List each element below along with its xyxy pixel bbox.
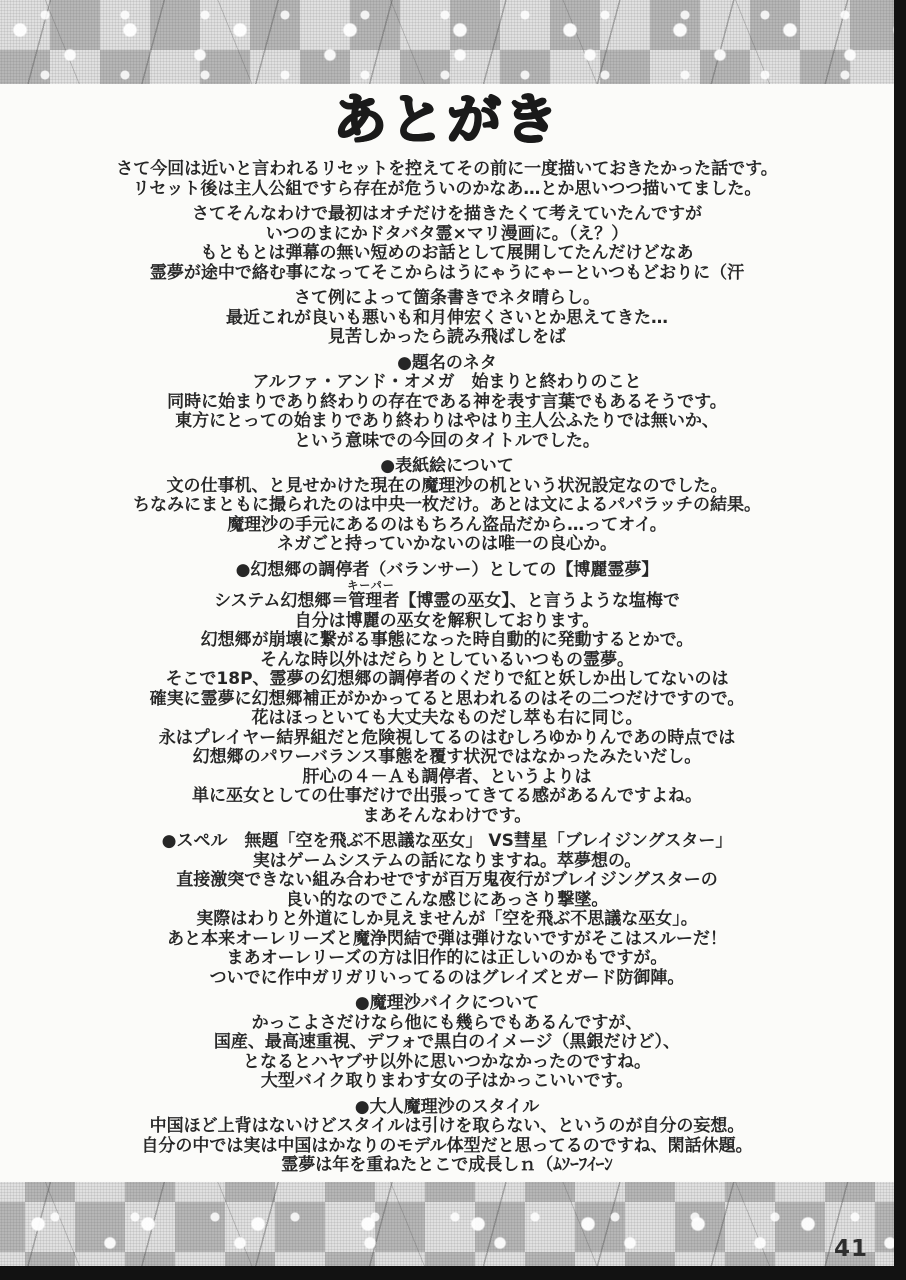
text-line: いつのまにかドタバタ霊×マリ漫画に。（え？） xyxy=(0,225,894,245)
text-line: 同時に始まりであり終わりの存在である神を表す言葉でもあるそうです。 xyxy=(0,393,894,413)
text-line: 良い的なのでこんな感じにあっさり撃墜。 xyxy=(0,891,894,911)
text-line: 霊夢は年を重ねたとこで成長しｎ（ﾑｿｰﾌｲｰﾝ xyxy=(0,1156,894,1176)
text-line: 直接激突できない組み合わせですが百万鬼夜行がブレイジングスターの xyxy=(0,871,894,891)
text-line: まあそんなわけです。 xyxy=(0,807,894,827)
paragraph: さてそんなわけで最初はオチだけを描きたくて考えていたんですがいつのまにかドタバタ… xyxy=(0,205,894,283)
text-line: 単に巫女としての仕事だけで出張ってきてる感があるんですよね。 xyxy=(0,787,894,807)
page-number: 41 xyxy=(834,1236,868,1262)
text-column: さて今回は近いと言われるリセットを控えてその前に一度描いておきたかった話です。リ… xyxy=(0,160,894,1176)
text-line: ちなみにまともに撮られたのは中央一枚だけ。あとは文によるパパラッチの結果。 xyxy=(0,496,894,516)
text-line: となるとハヤブサ以外に思いつかなかったのですね。 xyxy=(0,1053,894,1073)
floral-checker-border-top xyxy=(0,0,894,84)
text-line: 東方にとっての始まりであり終わりはやはり主人公ふたりでは無いか、 xyxy=(0,412,894,432)
text-line: システム幻想郷＝管理者【博霊の巫女】、と言うような塩梅で xyxy=(0,592,894,612)
section-heading: ●幻想郷の調停者（バランサー）としての【博麗霊夢】 xyxy=(0,561,894,581)
text-line: 永はプレイヤー結界組だと危険視してるのはむしろゆかりんであの時点では xyxy=(0,729,894,749)
text-line: ついでに作中ガリガリいってるのはグレイズとガード防御陣。 xyxy=(0,969,894,989)
section-heading: ●スペル 無題「空を飛ぶ不思議な巫女」 VS彗星「ブレイジングスター」 xyxy=(0,832,894,852)
text-line: ネガごと持っていかないのは唯一の良心か。 xyxy=(0,535,894,555)
text-line: 大型バイク取りまわす女の子はかっこいいです。 xyxy=(0,1072,894,1092)
text-line: あと本来オーレリーズと魔浄閃結で弾は弾けないですがそこはスルーだ！ xyxy=(0,930,894,950)
text-line: 霊夢が途中で絡む事になってそこからはうにゃうにゃーといつもどおりに（汗 xyxy=(0,264,894,284)
text-line: 自分は博麗の巫女を解釈しております。 xyxy=(0,612,894,632)
text-line: 実際はわりと外道にしか見えませんが「空を飛ぶ不思議な巫女」。 xyxy=(0,910,894,930)
text-line: 中国ほど上背はないけどスタイルは引けを取らない、というのが自分の妄想。 xyxy=(0,1117,894,1137)
text-line: そこで18P、霊夢の幻想郷の調停者のくだりで紅と妖しか出してないのは xyxy=(0,670,894,690)
scanned-page: { "page": { "title": "あとがき", "page_numbe… xyxy=(0,0,906,1280)
text-line: かっこよさだけなら他にも幾らでもあるんですが、 xyxy=(0,1014,894,1034)
text-line: という意味での今回のタイトルでした。 xyxy=(0,432,894,452)
paragraph: ●表紙絵について文の仕事机、と見せかけた現在の魔理沙の机という状況設定なのでした… xyxy=(0,457,894,555)
text-line: 幻想郷のパワーバランス事態を覆す状況ではなかったみたいだし。 xyxy=(0,748,894,768)
text-line: 見苦しかったら読み飛ばしをば xyxy=(0,328,894,348)
text-line: 花はほっといても大丈夫なものだし萃も右に同じ。 xyxy=(0,709,894,729)
text-line: 国産、最高速重視、デフォで黒白のイメージ（黒銀だけど）、 xyxy=(0,1033,894,1053)
text-line: アルファ・アンド・オメガ 始まりと終わりのこと xyxy=(0,373,894,393)
section-heading: ●題名のネタ xyxy=(0,354,894,374)
text-line: 魔理沙の手元にあるのはもちろん盗品だから…ってオイ。 xyxy=(0,516,894,536)
paragraph: ●大人魔理沙のスタイル中国ほど上背はないけどスタイルは引けを取らない、というのが… xyxy=(0,1098,894,1176)
text-line: リセット後は主人公組ですら存在が危ういのかなあ…とか思いつつ描いてました。 xyxy=(0,180,894,200)
section-heading: ●魔理沙バイクについて xyxy=(0,994,894,1014)
paragraph: さて例によって箇条書きでネタ晴らし。最近これが良いも悪いも和月伸宏くさいとか思え… xyxy=(0,289,894,348)
text-line: 幻想郷が崩壊に繋がる事態になった時自動的に発動するとかで。 xyxy=(0,631,894,651)
paragraph: ●幻想郷の調停者（バランサー）としての【博麗霊夢】キーパーシステム幻想郷＝管理者… xyxy=(0,561,894,827)
paragraph: ●題名のネタアルファ・アンド・オメガ 始まりと終わりのこと同時に始まりであり終わ… xyxy=(0,354,894,452)
section-heading: ●大人魔理沙のスタイル xyxy=(0,1098,894,1118)
paragraph: さて今回は近いと言われるリセットを控えてその前に一度描いておきたかった話です。リ… xyxy=(0,160,894,199)
paragraph: ●スペル 無題「空を飛ぶ不思議な巫女」 VS彗星「ブレイジングスター」実はゲーム… xyxy=(0,832,894,988)
text-line: 肝心の４－Ａも調停者、というよりは xyxy=(0,768,894,788)
text-line: 確実に霊夢に幻想郷補正がかかってると思われるのはその二つだけですので。 xyxy=(0,690,894,710)
text-line: 実はゲームシステムの話になりますね。萃夢想の。 xyxy=(0,852,894,872)
text-line: もともとは弾幕の無い短めのお話として展開してたんだけどなあ xyxy=(0,244,894,264)
text-line: さて今回は近いと言われるリセットを控えてその前に一度描いておきたかった話です。 xyxy=(0,160,894,180)
scan-edge-bottom xyxy=(0,1266,906,1280)
paragraph: ●魔理沙バイクについてかっこよさだけなら他にも幾らでもあるんですが、国産、最高速… xyxy=(0,994,894,1092)
section-heading: ●表紙絵について xyxy=(0,457,894,477)
ruby-annotation: キーパー xyxy=(0,580,818,592)
text-line: 最近これが良いも悪いも和月伸宏くさいとか思えてきた… xyxy=(0,309,894,329)
afterword-content: あとがき さて今回は近いと言われるリセットを控えてその前に一度描いておきたかった… xyxy=(0,84,894,1182)
text-line: まあオーレリーズの方は旧作的には正しいのかもですが。 xyxy=(0,949,894,969)
text-line: 文の仕事机、と見せかけた現在の魔理沙の机という状況設定なのでした。 xyxy=(0,477,894,497)
text-line: そんな時以外はだらりとしているいつもの霊夢。 xyxy=(0,651,894,671)
text-line: さて例によって箇条書きでネタ晴らし。 xyxy=(0,289,894,309)
page-title: あとがき xyxy=(0,90,894,150)
text-line: 自分の中では実は中国はかなりのモデル体型だと思ってるのですね、閑話休題。 xyxy=(0,1137,894,1157)
page-background: あとがき さて今回は近いと言われるリセットを控えてその前に一度描いておきたかった… xyxy=(0,0,894,1266)
scan-edge-right xyxy=(894,0,906,1280)
text-line: さてそんなわけで最初はオチだけを描きたくて考えていたんですが xyxy=(0,205,894,225)
floral-checker-border-bottom xyxy=(0,1182,894,1266)
